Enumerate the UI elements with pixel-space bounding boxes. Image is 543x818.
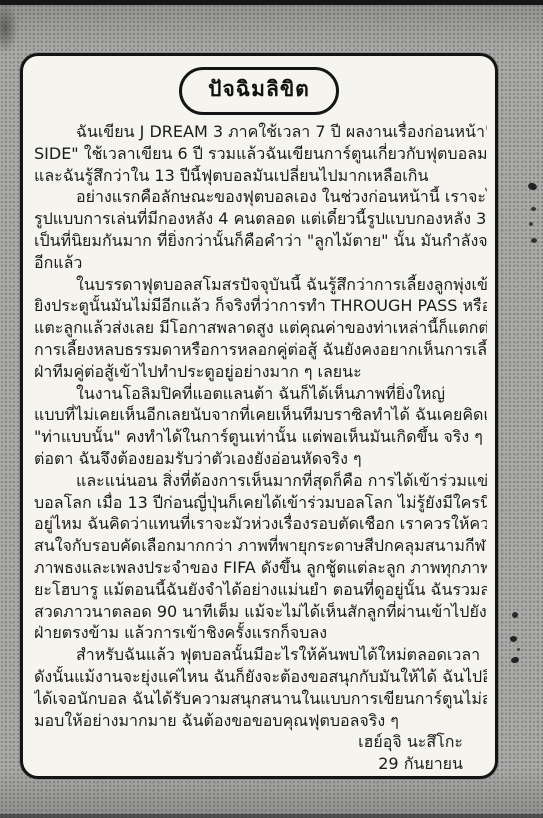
text-line: ในบรรดาฟุตบอลสโมสรปัจจุบันนี้ ฉันรู้สึกว… (34, 274, 487, 296)
page-top-edge (0, 0, 543, 5)
text-line: บอลโลก เมื่อ 13 ปีก่อนญี่ปุ่นก็เคยได้เข้… (34, 492, 487, 514)
afterword-text: ฉันเขียน J DREAM 3 ภาคใช้เวลา 7 ปี ผลงาน… (23, 115, 495, 775)
signature-block: เฮย์อุจิ นะสึโกะ 29 กันยายน (34, 731, 487, 775)
text-line: รูปแบบการเล่นที่มีกองหลัง 4 คนตลอด แต่เด… (34, 208, 487, 230)
ink-spot (512, 612, 518, 618)
paragraph-6: สำหรับฉันแล้ว ฟุตบอลนั้นมีอะไรให้ค้นพบได… (34, 644, 487, 731)
text-line: ฝ่ายตรงข้าม แล้วการเข้าชิงครั้งแรกก็จบลง (34, 622, 487, 644)
postscript-title-badge: ปัจฉิมลิขิต (179, 67, 339, 115)
ink-spot (510, 656, 519, 664)
text-line: ได้เจอนักบอล ฉันได้รับความสนุกสนานในแบบก… (34, 688, 487, 710)
text-line: แตะลูกแล้วส่งเลย มีโอกาสพลาดสูง แต่คุณค่… (34, 317, 487, 339)
signature-author: เฮย์อุจิ นะสึโกะ (34, 731, 463, 753)
text-line: และแน่นอน สิ่งที่ต้องการเห็นมากที่สุดก็ค… (34, 470, 487, 492)
paragraph-2: อย่างแรกคือลักษณะของฟุตบอลเอง ในช่วงก่อน… (34, 186, 487, 273)
ink-spot (529, 222, 533, 226)
text-line: การเลี้ยงหลบธรรมดาหรือการหลอกคู่ต่อสู้ ฉ… (34, 339, 487, 361)
text-line: และฉันรู้สึกว่าใน 13 ปีนี้ฟุตบอลมันเปลี่… (34, 165, 487, 187)
scanned-page: ปัจฉิมลิขิต ฉันเขียน J DREAM 3 ภาคใช้เวล… (0, 0, 543, 818)
text-line: ยิงประตูนั้นมันไม่มีอีกแล้ว ก็จริงที่ว่า… (34, 295, 487, 317)
text-line: สำหรับฉันแล้ว ฟุตบอลนั้นมีอะไรให้ค้นพบได… (34, 644, 487, 666)
paragraph-4: ในงานโอลิมปิคที่แอตแลนต้า ฉันก็ได้เห็นภา… (34, 383, 487, 470)
text-line: ยะโฮบารู แม้ตอนนี้ฉันยังจำได้อย่างแม่นยำ… (34, 579, 487, 601)
title-row: ปัจฉิมลิขิต (23, 67, 495, 115)
content-frame: ปัจฉิมลิขิต ฉันเขียน J DREAM 3 ภาคใช้เวล… (20, 53, 498, 779)
text-line: สวดภาวนาตลอด 90 นาทีเต็ม แม้จะไม่ได้เห็น… (34, 601, 487, 623)
text-line: ต่อตา ฉันจึงต้องยอมรับว่าตัวเองยังอ่อนหั… (34, 448, 487, 470)
text-line: มอบให้อย่างมากมาย ฉันต้องขอขอบคุณฟุตบอลจ… (34, 710, 487, 732)
ink-spot (531, 207, 536, 211)
scan-smudge (0, 2, 18, 54)
ink-spot (510, 636, 517, 642)
text-line: อย่างแรกคือลักษณะของฟุตบอลเอง ในช่วงก่อน… (34, 186, 487, 208)
text-line: อีกแล้ว (34, 252, 487, 274)
text-line: "ท่าแบบนั้น" คงทำได้ในการ์ตูนเท่านั้น แต… (34, 426, 487, 448)
signature-date: 29 กันยายน (34, 753, 463, 775)
text-line: ฉันเขียน J DREAM 3 ภาคใช้เวลา 7 ปี ผลงาน… (34, 121, 487, 143)
text-line: ภาพธงและเพลงประจำของ FIFA ดังขึ้น ลูกชู้… (34, 557, 487, 579)
text-line: ในงานโอลิมปิคที่แอตแลนต้า ฉันก็ได้เห็นภา… (34, 383, 487, 405)
paragraph-5: และแน่นอน สิ่งที่ต้องการเห็นมากที่สุดก็ค… (34, 470, 487, 644)
paragraph-1: ฉันเขียน J DREAM 3 ภาคใช้เวลา 7 ปี ผลงาน… (34, 121, 487, 186)
paragraph-3: ในบรรดาฟุตบอลสโมสรปัจจุบันนี้ ฉันรู้สึกว… (34, 274, 487, 383)
text-line: แบบที่ไม่เคยเห็นอีกเลยนับจากที่เคยเห็นที… (34, 404, 487, 426)
text-line: อยู่ไหม ฉันคิดว่าแทนที่เราจะมัวห่วงเรื่อ… (34, 513, 487, 535)
ink-spot (531, 238, 537, 243)
text-line: ฝ่าทีมคู่ต่อสู้เข้าไปทำประตูอยู่อย่างมาก… (34, 361, 487, 383)
text-line: สนใจกับรอบคัดเลือกมากกว่า ภาพที่พายุกระด… (34, 535, 487, 557)
ink-spot (527, 182, 538, 192)
page-bottom-edge (0, 814, 543, 818)
text-line: SIDE" ใช้เวลาเขียน 6 ปี รวมแล้วฉันเขียนก… (34, 143, 487, 165)
text-line: ดังนั้นแม้งานจะยุ่งแค่ไหน ฉันก็ยังจะต้อง… (34, 666, 487, 688)
ink-spot (517, 648, 520, 651)
text-line: เป็นที่นิยมกันมาก ที่ยิ่งกว่านั้นก็คือคำ… (34, 230, 487, 252)
